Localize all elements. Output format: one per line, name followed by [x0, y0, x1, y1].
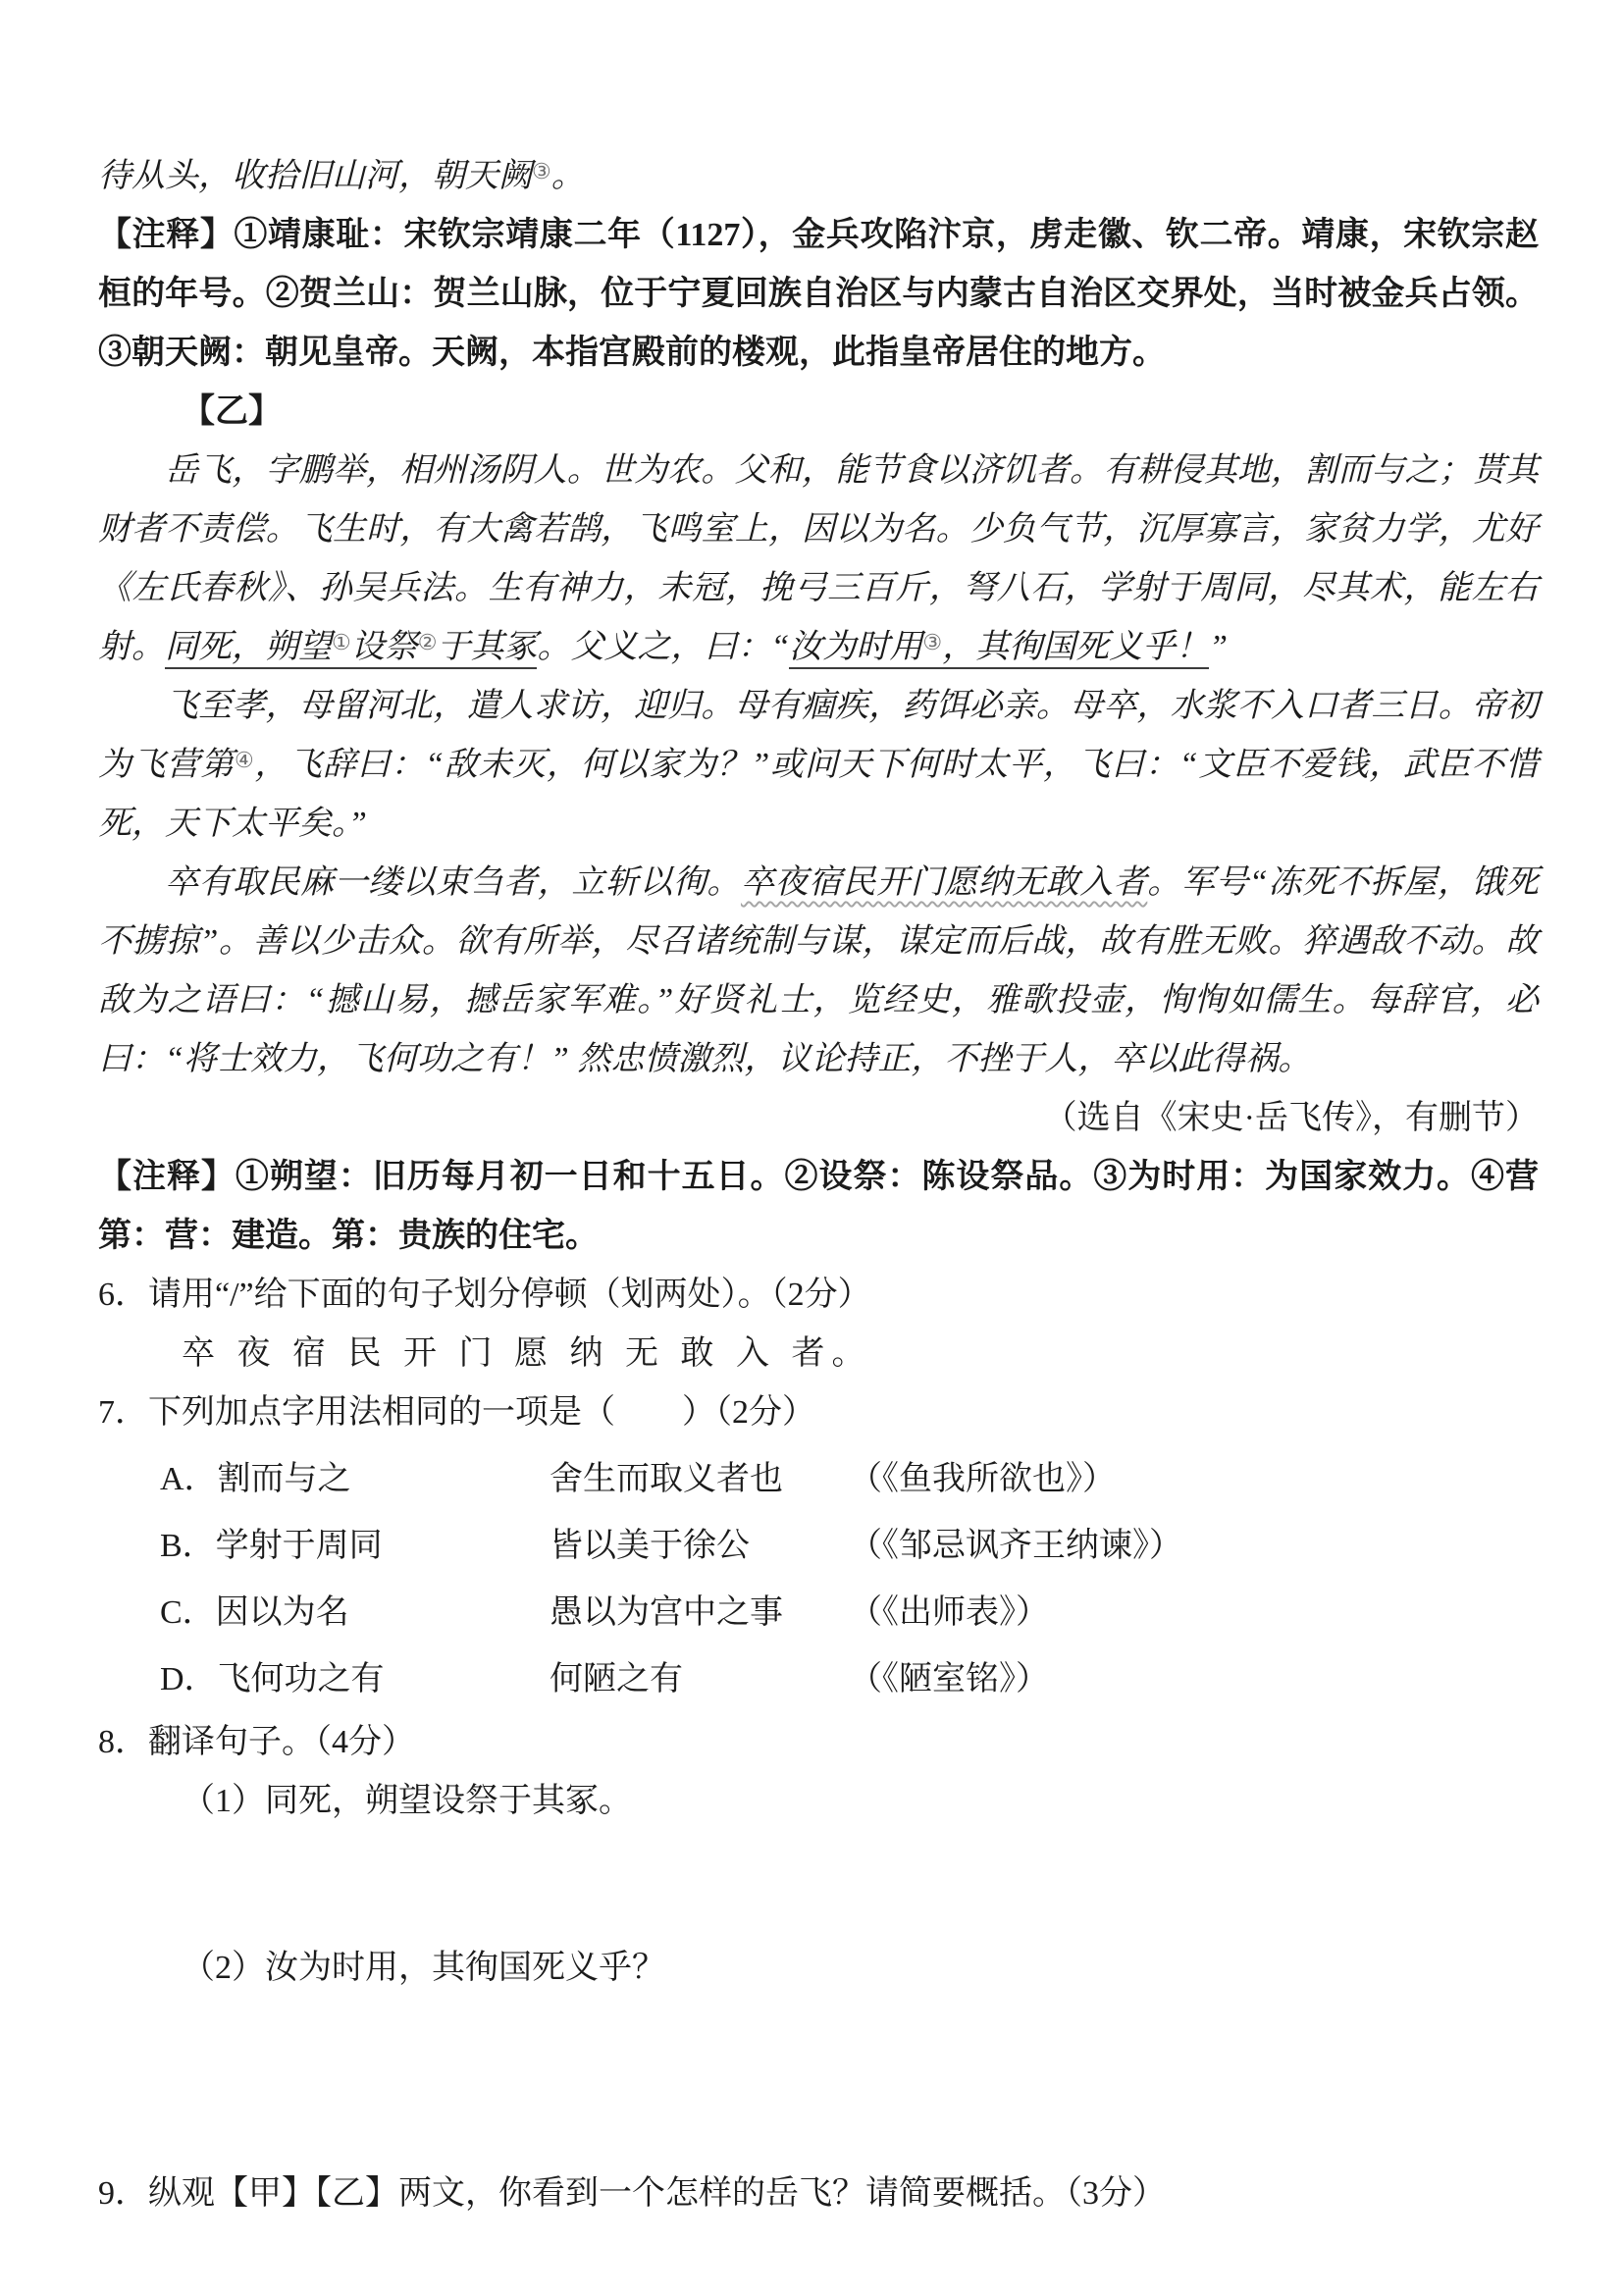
question-8-label: 8．翻译句子。（4分） — [98, 1713, 1539, 1772]
footnote-ref-3: ③ — [532, 159, 551, 183]
option-row-b: B．学射于周同 皆以美于徐公 （《邹忌讽齐王纳谏》） — [98, 1513, 1539, 1580]
passage-segment: ” — [1209, 629, 1228, 665]
poem-text: 待从头，收拾旧山河，朝天阙 — [98, 158, 532, 194]
passage-yi-paragraph-2: 飞至孝，母留河北，遣人求访，迎归。母有痼疾，药饵必亲。母卒，水浆不入口者三日。帝… — [98, 677, 1539, 854]
passage-segment: 于其冢 — [437, 629, 537, 665]
footnote-ref-1: ① — [332, 630, 351, 654]
section-yi-heading: 【乙】 — [98, 383, 1539, 442]
option-a-phrase: A．割而与之 — [160, 1446, 550, 1513]
option-row-c: C．因以为名 愚以为宫中之事 （《出师表》） — [98, 1580, 1539, 1646]
option-a-compare: 舍生而取义者也 — [550, 1446, 849, 1513]
option-row-d: D．飞何功之有 何陋之有 （《陋室铭》） — [98, 1646, 1539, 1713]
passage-yi-paragraph-3: 卒有取民麻一缕以束刍者，立斩以徇。卒夜宿民开门愿纳无敢入者。军号“冻死不拆屋，饿… — [98, 854, 1539, 1089]
option-c-source: （《出师表》） — [849, 1580, 1539, 1646]
wavy-underlined-phrase: 卒夜宿民开门愿纳无敢入者 — [741, 864, 1147, 901]
option-b-compare: 皆以美于徐公 — [550, 1513, 849, 1580]
option-d-compare: 何陋之有 — [550, 1646, 849, 1713]
question-8-item-2: （2）汝为时用，其徇国死义乎？ — [98, 1939, 1539, 1998]
option-c-phrase: C．因以为名 — [160, 1580, 550, 1646]
question-7-label: 7．下列加点字用法相同的一项是（ ）（2分） — [98, 1383, 1539, 1442]
exam-document-page: 待从头，收拾旧山河，朝天阙③。 【注释】①靖康耻：宋钦宗靖康二年（1127），金… — [0, 0, 1623, 2296]
passage-segment: 。父义之，曰：“ — [537, 629, 789, 665]
passage-segment: 卒有取民麻一缕以束刍者，立斩以徇。 — [165, 864, 741, 901]
passage-segment: ，飞辞曰：“敌未灭，何以家为？”或问天下何时太平，飞曰：“文臣不爱钱，武臣不惜死… — [98, 747, 1539, 842]
answer-space-2 — [98, 1998, 1539, 2165]
option-c-compare: 愚以为宫中之事 — [550, 1580, 849, 1646]
passage-segment: 汝为时用 — [789, 629, 922, 665]
poem-last-line: 待从头，收拾旧山河，朝天阙③。 — [98, 147, 1539, 206]
passage-segment: ，其徇国死义乎！ — [942, 629, 1209, 665]
option-d-source: （《陋室铭》） — [849, 1646, 1539, 1713]
footnote-ref-2: ② — [418, 630, 438, 654]
notes-yi: 【注释】①朔望：旧历每月初一日和十五日。②设祭：陈设祭品。③为时用：为国家效力。… — [98, 1148, 1539, 1266]
underlined-phrase-1: 同死，朔望①设祭②于其冢 — [165, 629, 537, 669]
option-a-source: （《鱼我所欲也》） — [849, 1446, 1539, 1513]
option-row-a: A．割而与之 舍生而取义者也 （《鱼我所欲也》） — [98, 1446, 1539, 1513]
passage-segment: 同死，朔望 — [165, 629, 332, 665]
question-7-options: A．割而与之 舍生而取义者也 （《鱼我所欲也》） B．学射于周同 皆以美于徐公 … — [98, 1446, 1539, 1713]
passage-yi-paragraph-1: 岳飞，字鹏举，相州汤阴人。世为农。父和，能节食以济饥者。有耕侵其地，割而与之；贳… — [98, 442, 1539, 677]
notes-jia: 【注释】①靖康耻：宋钦宗靖康二年（1127），金兵攻陷汴京，虏走徽、钦二帝。靖康… — [98, 206, 1539, 383]
question-9-label: 9．纵观【甲】【乙】两文，你看到一个怎样的岳飞？请简要概括。（3分） — [98, 2165, 1539, 2223]
source-attribution: （选自《宋史·岳飞传》，有删节） — [98, 1089, 1539, 1148]
question-6-label: 6．请用“/”给下面的句子划分停顿（划两处）。（2分） — [98, 1266, 1539, 1325]
question-8-item-1: （1）同死，朔望设祭于其冢。 — [98, 1772, 1539, 1831]
question-6-sentence: 卒 夜 宿 民 开 门 愿 纳 无 敢 入 者。 — [98, 1325, 1539, 1383]
poem-end-punct: 。 — [551, 158, 585, 194]
underlined-phrase-2: 汝为时用③，其徇国死义乎！ — [789, 629, 1209, 669]
answer-space-1 — [98, 1831, 1539, 1939]
option-b-source: （《邹忌讽齐王纳谏》） — [849, 1513, 1539, 1580]
footnote-ref-3: ③ — [922, 630, 942, 654]
option-d-phrase: D．飞何功之有 — [160, 1646, 550, 1713]
footnote-ref-4: ④ — [235, 748, 254, 772]
passage-segment: 设祭 — [351, 629, 418, 665]
option-b-phrase: B．学射于周同 — [160, 1513, 550, 1580]
